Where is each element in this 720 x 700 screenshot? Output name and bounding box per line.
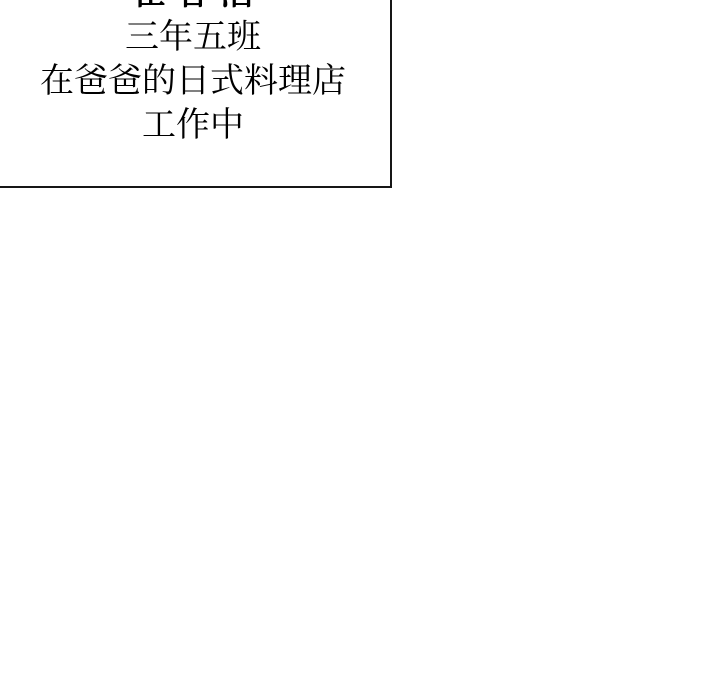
class-label: 三年五班 (0, 15, 390, 59)
workplace-label: 在爸爸的日式料理店 (0, 59, 390, 103)
character-name: 崔容浩 (0, 0, 400, 15)
status-label: 工作中 (0, 103, 390, 147)
comic-page: 崔容浩 三年五班 在爸爸的日式料理店 工作中 (0, 0, 720, 700)
caption-box: 崔容浩 三年五班 在爸爸的日式料理店 工作中 (0, 0, 392, 188)
